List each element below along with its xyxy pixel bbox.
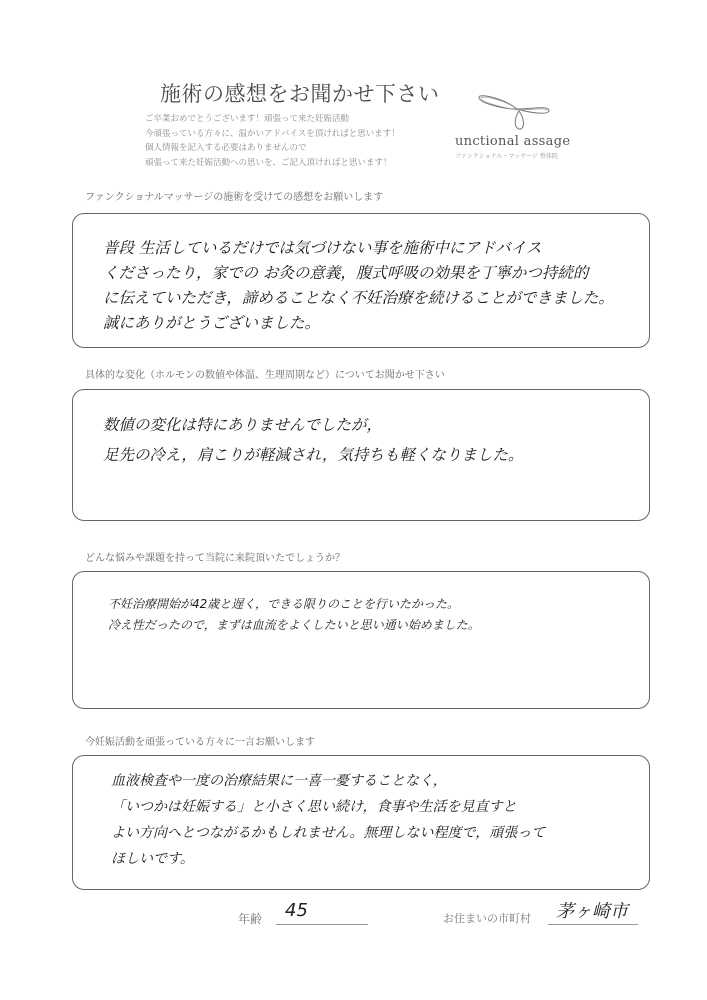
section-label-message: 今妊娠活動を頑張っている方々に一言お願いします — [85, 733, 315, 748]
answer-line: 冷え性だったので，まずは血流をよくしたいと思い通い始めました。 — [108, 615, 480, 636]
section-label-concerns: どんな悩みや課題を持って当院に来院頂いたでしょうか？ — [85, 549, 345, 564]
answer-line: に伝えていただき，諦めることなく不妊治療を続けることができました。 — [103, 286, 614, 311]
answer-text: 不妊治療開始が42歳と遅く，できる限りのことを行いたかった。 冷え性だったので，… — [108, 594, 480, 636]
intro-line: ご卒業おめでとうございます！頑張って来た妊娠活動 — [145, 112, 400, 127]
answer-text: 血液検査や一度の治療結果に一喜一憂することなく， 「いつかは妊娠する」と小さく思… — [111, 768, 545, 872]
section-label-impression: ファンクショナルマッサージの施術を受けての感想をお願いします — [85, 188, 383, 203]
intro-line: 個人情報を記入する必要はありませんので — [145, 141, 400, 156]
city-field[interactable]: 茅ヶ崎市 — [556, 897, 628, 923]
city-field-line — [548, 924, 638, 925]
logo-subtext: ファンクショナル・マッサージ 整体院 — [455, 151, 558, 160]
age-field-line — [276, 924, 368, 925]
clinic-logo: unctional assage ファンクショナル・マッサージ 整体院 — [455, 85, 605, 155]
intro-line: 頑張って来た妊娠活動への思いを、ご記入頂ければと思います！ — [145, 156, 400, 171]
ribbon-loop-icon — [475, 85, 575, 135]
answer-line: 不妊治療開始が42歳と遅く，できる限りのことを行いたかった。 — [108, 594, 480, 615]
intro-line: 今頑張っている方々に、温かいアドバイスを頂ければと思います！ — [145, 127, 400, 142]
answer-box-impression[interactable]: 普段 生活しているだけでは気づけない事を施術中にアドバイス くださったり，家での… — [72, 213, 650, 348]
answer-line: 数値の変化は特にありませんでしたが， — [103, 410, 523, 440]
page-title: 施術の感想をお聞かせ下さい — [160, 78, 440, 108]
answer-line: 「いつかは妊娠する」と小さく思い続け，食事や生活を見直すと — [111, 794, 545, 820]
answer-line: 普段 生活しているだけでは気づけない事を施術中にアドバイス — [103, 236, 614, 261]
answer-box-message[interactable]: 血液検査や一度の治療結果に一喜一憂することなく， 「いつかは妊娠する」と小さく思… — [72, 755, 650, 890]
city-label: お住まいの市町村 — [443, 910, 531, 926]
section-label-changes: 具体的な変化（ホルモンの数値や体温、生理周期など）についてお聞かせ下さい — [85, 366, 445, 381]
age-field[interactable]: 45 — [285, 900, 308, 921]
answer-line: ほしいです。 — [111, 846, 545, 872]
answer-box-changes[interactable]: 数値の変化は特にありませんでしたが， 足先の冷え，肩こりが軽減され，気持ちも軽く… — [72, 389, 650, 521]
age-label: 年齢 — [238, 910, 262, 927]
answer-box-concerns[interactable]: 不妊治療開始が42歳と遅く，できる限りのことを行いたかった。 冷え性だったので，… — [72, 571, 650, 709]
intro-text: ご卒業おめでとうございます！頑張って来た妊娠活動 今頑張っている方々に、温かいア… — [145, 112, 400, 170]
answer-line: くださったり，家での お灸の意義，腹式呼吸の効果を丁寧かつ持続的 — [103, 261, 614, 286]
answer-line: よい方向へとつながるかもしれません。無理しない程度で，頑張って — [111, 820, 545, 846]
answer-text: 普段 生活しているだけでは気づけない事を施術中にアドバイス くださったり，家での… — [103, 236, 614, 336]
answer-line: 血液検査や一度の治療結果に一喜一憂することなく， — [111, 768, 545, 794]
answer-text: 数値の変化は特にありませんでしたが， 足先の冷え，肩こりが軽減され，気持ちも軽く… — [103, 410, 523, 470]
answer-line: 足先の冷え，肩こりが軽減され，気持ちも軽くなりました。 — [103, 440, 523, 470]
answer-line: 誠にありがとうございました。 — [103, 311, 614, 336]
logo-text: unctional assage — [455, 134, 570, 149]
